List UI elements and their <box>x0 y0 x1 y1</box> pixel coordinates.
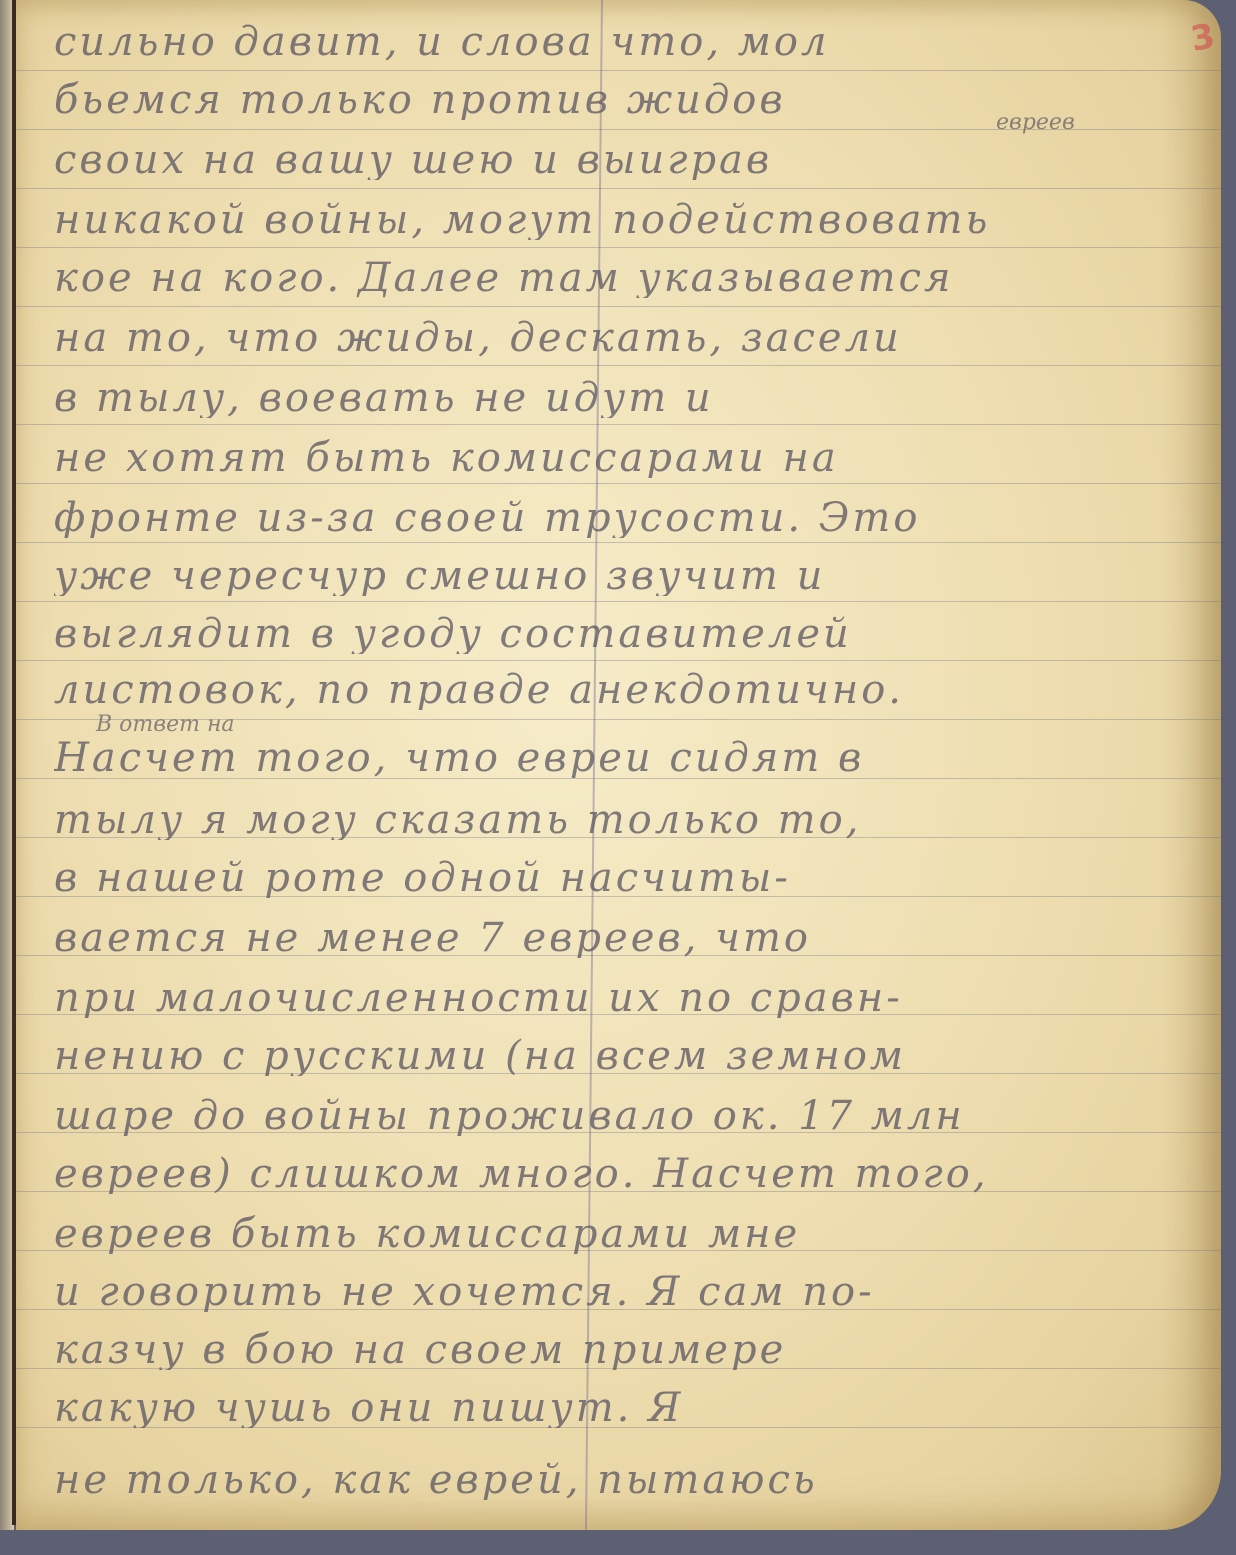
handwritten-line: не хотят быть комиссарами на <box>54 438 1221 478</box>
notebook-page: 3 сильно давит, и слова что, мол бьемся … <box>16 0 1221 1530</box>
handwritten-line: на то, что жиды, дескать, засели <box>54 318 1221 358</box>
page-number: 3 <box>1188 16 1218 60</box>
ruled-line <box>16 660 1221 661</box>
ruled-line <box>16 424 1221 425</box>
ruled-line <box>16 365 1221 366</box>
ruled-line <box>16 306 1221 307</box>
handwritten-line: своих на вашу шею и выиграв <box>54 140 1221 180</box>
handwritten-line: вается не менее 7 евреев, что <box>54 918 1221 958</box>
handwritten-line: фронте из-за своей трусости. Это <box>54 498 1221 538</box>
handwritten-insertion: евреев <box>996 110 1075 135</box>
ruled-line <box>16 247 1221 248</box>
handwritten-line: уже чересчур смешно звучит и <box>54 556 1221 596</box>
handwritten-line: не только, как еврей, пытаюсь <box>54 1460 1221 1500</box>
ruled-line <box>16 778 1221 779</box>
handwritten-line: выглядит в угоду составителей <box>54 614 1221 654</box>
scanned-notebook-page: 3 сильно давит, и слова что, мол бьемся … <box>0 0 1236 1555</box>
ruled-line <box>16 542 1221 543</box>
handwritten-line: при малочисленности их по сравн- <box>54 978 1221 1018</box>
handwritten-line: листовок, по правде анекдотично. <box>54 670 1221 710</box>
handwritten-line: шаре до войны проживало ок. 17 млн <box>54 1096 1221 1136</box>
handwritten-line: казчу в бою на своем примере <box>54 1330 1221 1370</box>
handwritten-line: в тылу, воевать не идут и <box>54 378 1221 418</box>
handwritten-line: никакой войны, могут подействовать <box>54 200 1221 240</box>
handwritten-line: евреев) слишком много. Насчет того, <box>54 1154 1221 1194</box>
handwritten-line: в нашей роте одной насчиты- <box>54 858 1221 898</box>
handwritten-line: и говорить не хочется. Я сам по- <box>54 1272 1221 1312</box>
handwritten-line: тылу я могу сказать только то, <box>54 800 1221 840</box>
handwritten-line: евреев быть комиссарами мне <box>54 1214 1221 1254</box>
handwritten-line: Насчет того, что евреи сидят в <box>54 738 1221 778</box>
ruled-line <box>16 601 1221 602</box>
handwritten-line: какую чушь они пишут. Я <box>54 1388 1221 1428</box>
ruled-line <box>16 483 1221 484</box>
ruled-line <box>16 188 1221 189</box>
handwritten-line: нению с русскими (на всем земном <box>54 1036 1221 1076</box>
handwritten-line: кое на кого. Далее там указывается <box>54 258 1221 298</box>
handwritten-insertion: В ответ на <box>96 712 235 737</box>
ruled-line <box>16 70 1221 71</box>
handwritten-line: сильно давит, и слова что, мол <box>54 22 1221 62</box>
